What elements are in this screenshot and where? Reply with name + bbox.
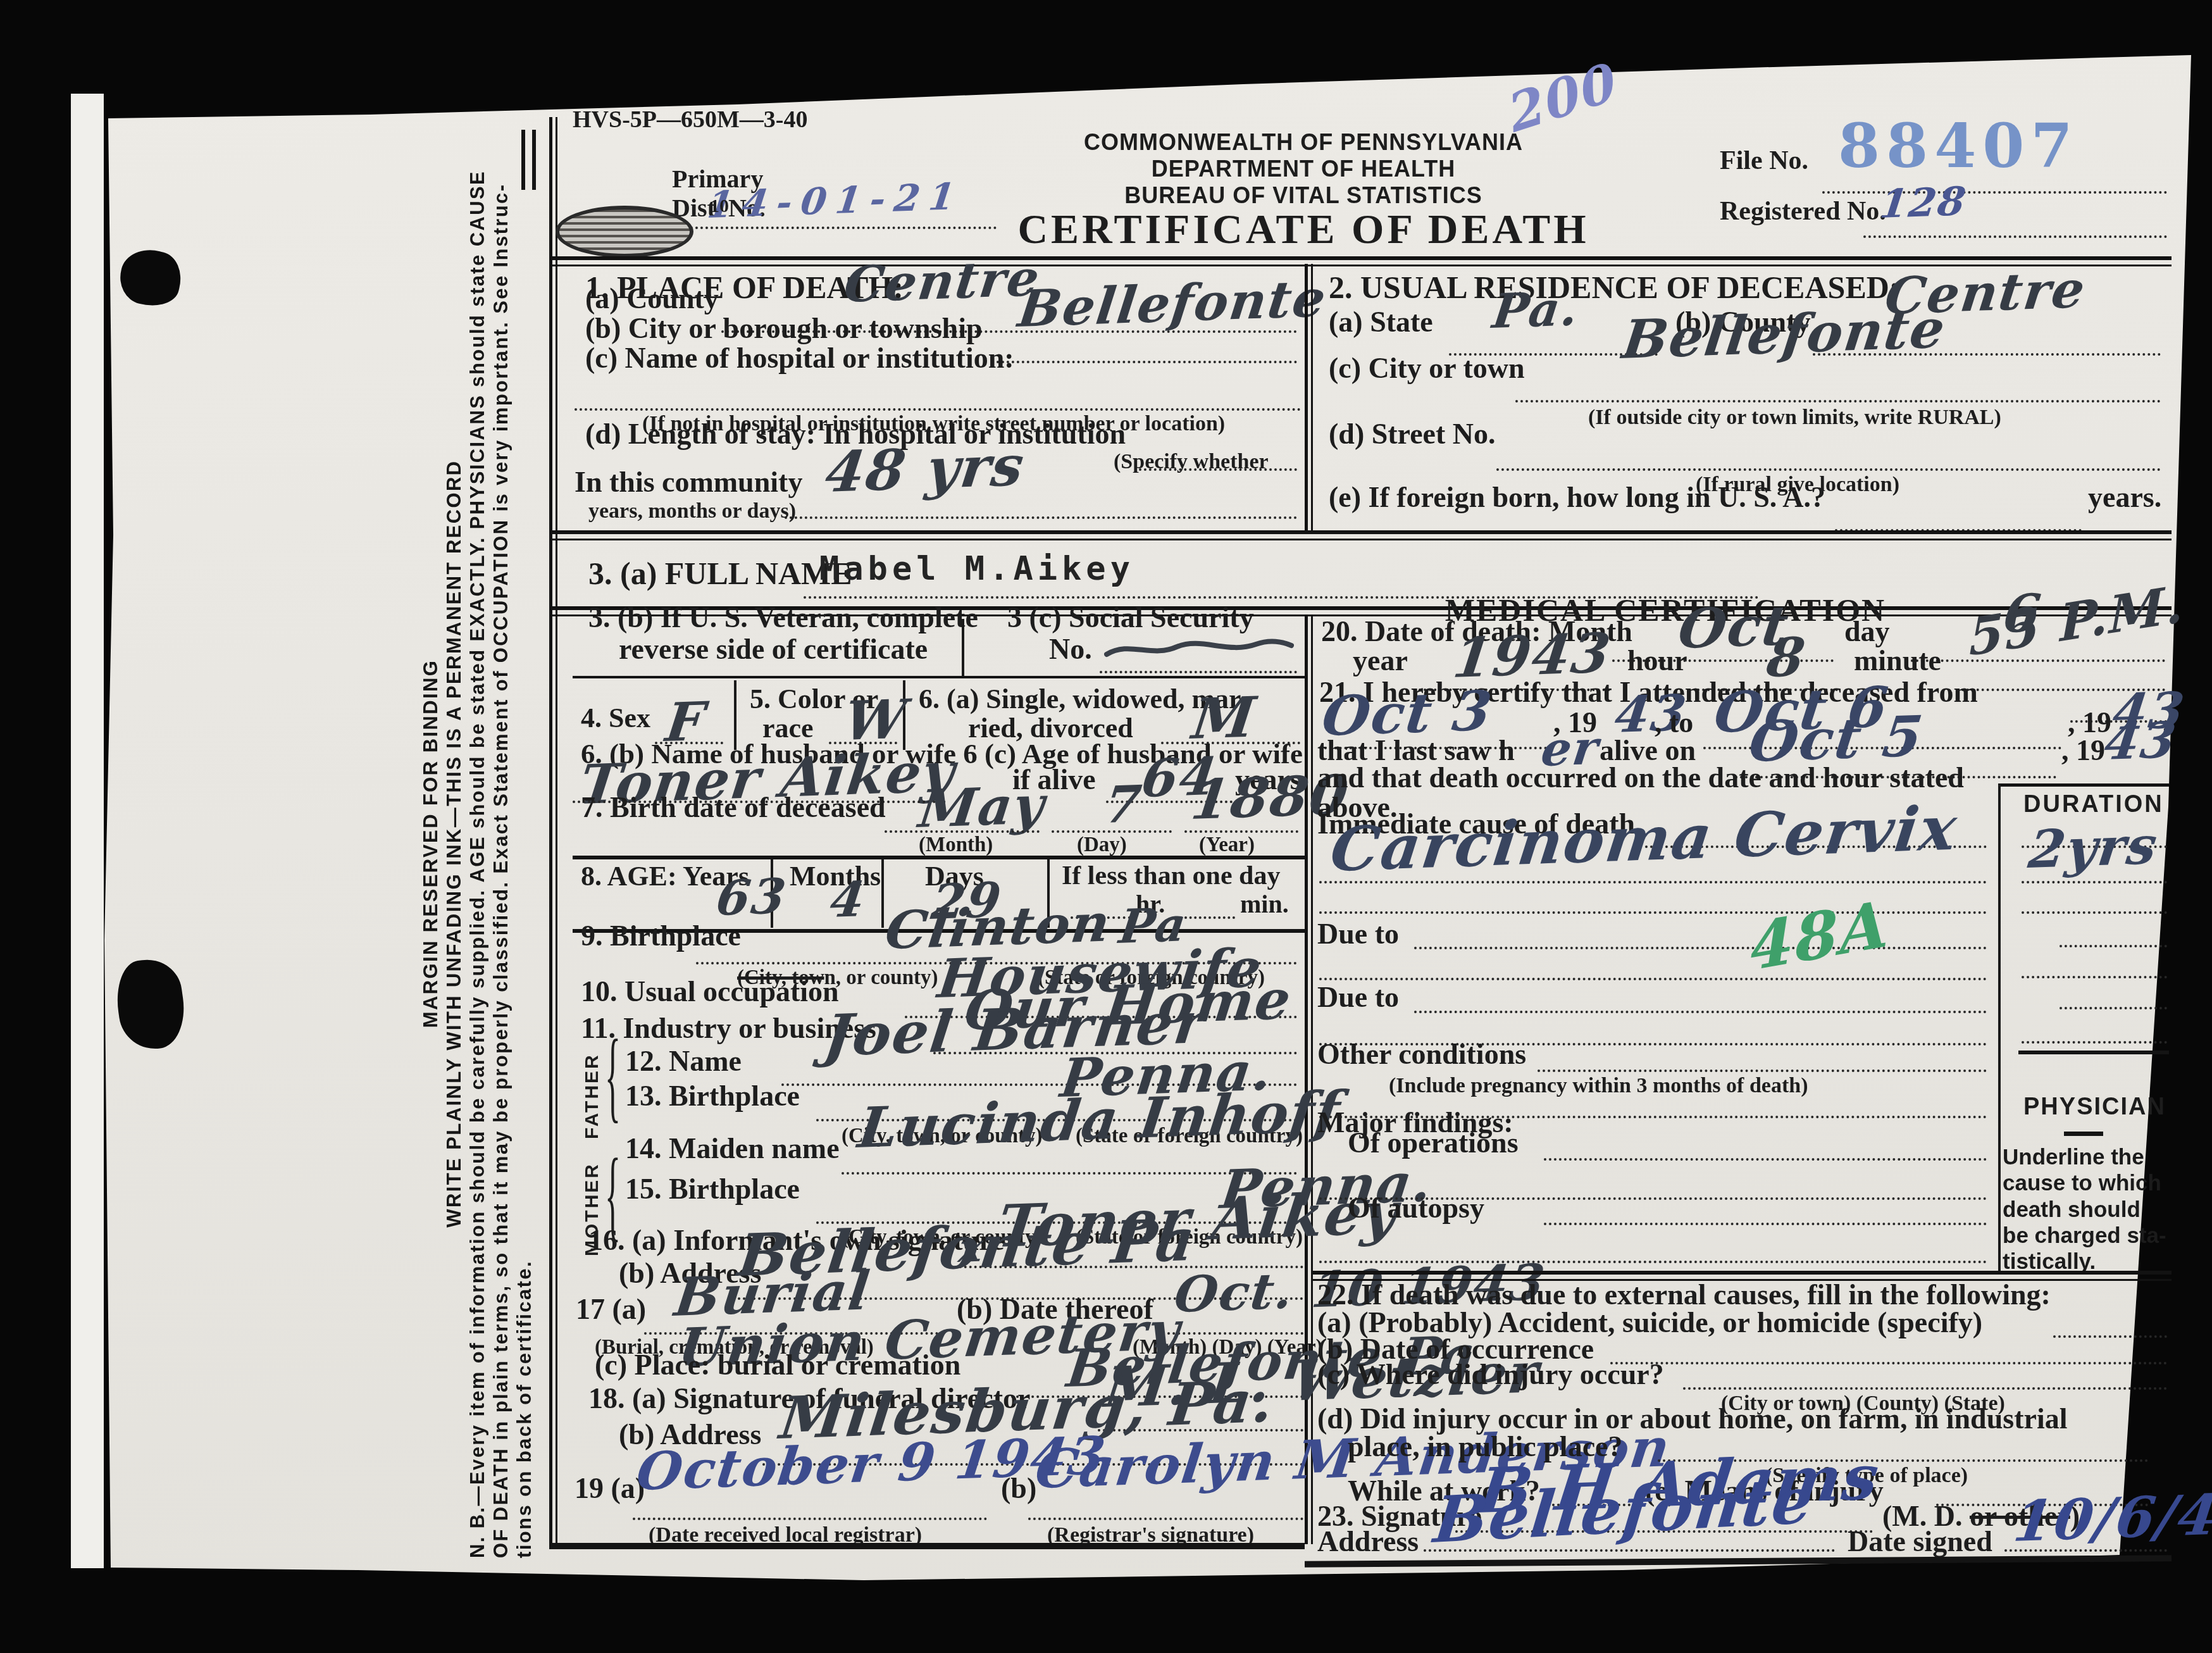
pod-community-value: 48 yrs bbox=[823, 437, 1028, 500]
margin-line: OF DEATH in plain terms, so that it may … bbox=[489, 129, 513, 1558]
res-state-label: (a) State bbox=[1329, 307, 1433, 337]
rule bbox=[1822, 191, 2167, 194]
file-no-value: 88407 bbox=[1838, 115, 2079, 178]
rule bbox=[1683, 1387, 2167, 1390]
column-divider bbox=[1305, 264, 1313, 530]
birthplace-label: 9. Birthplace bbox=[581, 921, 741, 951]
birthdate-day: 7 bbox=[1102, 778, 1145, 830]
pod-city-label: (b) City or borough or township bbox=[585, 313, 983, 344]
rule bbox=[1496, 468, 2161, 471]
row-rule bbox=[573, 676, 1305, 678]
autopsy-label: Of autopsy bbox=[1348, 1193, 1484, 1223]
stamp-number: 10 bbox=[710, 196, 729, 216]
sex-label: 4. Sex bbox=[581, 704, 650, 733]
duration-left-border bbox=[1998, 783, 2001, 1271]
page-edge-sliver bbox=[71, 94, 104, 1568]
due-to-label: Due to bbox=[1317, 982, 1399, 1013]
saw-year-value: 43 bbox=[2102, 716, 2180, 768]
other-conditions-label: Other conditions bbox=[1317, 1039, 1526, 1070]
year-label: year bbox=[1353, 646, 1408, 676]
rule bbox=[1414, 947, 1987, 949]
pod-county-value: Centre bbox=[842, 254, 1043, 310]
rule bbox=[1424, 1549, 1835, 1552]
duration-top-rule bbox=[1998, 783, 2169, 787]
margin-line: N. B.—Every item of information should b… bbox=[466, 129, 489, 1558]
rule bbox=[2053, 1335, 2167, 1338]
rule bbox=[785, 516, 1297, 519]
rule bbox=[1028, 1518, 1303, 1520]
physician-dash bbox=[2064, 1132, 2103, 1136]
pod-city-value: Bellefonte bbox=[1016, 273, 1329, 334]
cell-divider bbox=[962, 619, 964, 676]
mother-bp-label: 15. Birthplace bbox=[625, 1174, 800, 1204]
father-brace: { bbox=[605, 1025, 621, 1132]
rule bbox=[680, 227, 997, 229]
mother-name-value: Lucinda Inhoff bbox=[855, 1083, 1344, 1156]
section-rule bbox=[549, 530, 2172, 540]
father-name-label: 12. Name bbox=[625, 1046, 742, 1076]
rule bbox=[1544, 1158, 1987, 1161]
rule bbox=[1184, 830, 1298, 833]
full-name-value: Mabel M.Aikey bbox=[819, 552, 1134, 587]
hour-label: hour bbox=[1627, 646, 1687, 676]
date-signed-label: Date signed bbox=[1848, 1526, 1992, 1557]
scanned-death-certificate: MARGIN RESERVED FOR BINDING WRITE PLAINL… bbox=[0, 0, 2212, 1653]
operations-label: Of operations bbox=[1348, 1128, 1519, 1158]
rule bbox=[1184, 916, 1235, 919]
rule bbox=[1319, 978, 1987, 980]
margin-line: MARGIN RESERVED FOR BINDING bbox=[419, 129, 442, 1558]
margin-line: WRITE PLAINLY WITH UNFADING INK—THIS IS … bbox=[442, 129, 466, 1558]
res-heading: 2. USUAL RESIDENCE OF DECEASED: bbox=[1329, 271, 1900, 304]
card-left-border bbox=[549, 117, 557, 1546]
duration-bottom-rule bbox=[2018, 1051, 2169, 1054]
registered-no-label: Registered No. bbox=[1720, 197, 1886, 225]
min-label: min. bbox=[1240, 891, 1289, 918]
veteran-label2: reverse side of certificate bbox=[619, 634, 928, 664]
rule bbox=[1538, 1070, 1987, 1072]
birthdate-month: May bbox=[916, 779, 1048, 835]
hint-year: (Year) bbox=[1199, 834, 1255, 856]
full-name-label: 3. (a) FULL NAME bbox=[588, 557, 852, 590]
saw-date-value: Oct 5 bbox=[1746, 708, 1927, 770]
other-conditions-hint: (Include pregnancy within 3 months of de… bbox=[1389, 1075, 1808, 1097]
pod-community-label: In this community bbox=[575, 467, 802, 497]
mother-name-label: 14. Maiden name bbox=[625, 1133, 840, 1164]
rule bbox=[2022, 881, 2167, 883]
rule bbox=[885, 830, 1040, 833]
card-bottom-rule bbox=[549, 1543, 1305, 1549]
rule bbox=[2022, 976, 2167, 978]
file-no-label: File No. bbox=[1720, 147, 1808, 175]
rule bbox=[2060, 945, 2167, 947]
duration-label: DURATION bbox=[2023, 792, 2164, 818]
day-label: day bbox=[1844, 616, 1890, 647]
veteran-label: 3. (b) If U. S. Veteran, complete bbox=[588, 602, 978, 633]
rule bbox=[1610, 1362, 2167, 1364]
ssn-scribble bbox=[1104, 633, 1294, 663]
rule bbox=[633, 1518, 987, 1520]
res-state-value: Pa. bbox=[1490, 285, 1582, 335]
ssn-label: 3 (c) Social Security bbox=[1007, 602, 1254, 633]
res-street-label: (d) Street No. bbox=[1329, 419, 1496, 449]
pod-community-hint: years, months or days) bbox=[588, 500, 796, 523]
hint-day: (Day) bbox=[1077, 834, 1127, 856]
physician-label: PHYSICIAN bbox=[2023, 1095, 2166, 1120]
ext-c-label: (c) Where did injury occur? bbox=[1317, 1359, 1664, 1390]
row-rule bbox=[573, 856, 1305, 859]
cause-duration-value: 2yrs bbox=[2026, 820, 2161, 876]
rule bbox=[2022, 911, 2167, 914]
rule bbox=[2060, 1007, 2167, 1009]
rule bbox=[1414, 1011, 1987, 1013]
due-to-label: Due to bbox=[1317, 919, 1399, 949]
father-bp-label: 13. Birthplace bbox=[625, 1081, 800, 1111]
rule bbox=[575, 408, 1301, 411]
res-city-label: (c) City or town bbox=[1329, 353, 1525, 384]
addr-label: Address bbox=[1317, 1526, 1419, 1557]
rule bbox=[997, 361, 1297, 363]
age-years-value: 63 bbox=[714, 872, 790, 923]
rule bbox=[1515, 400, 2161, 402]
org-line: DEPARTMENT OF HEALTH bbox=[987, 157, 1620, 181]
dist-no-value: 14-01-21 bbox=[705, 178, 966, 223]
pod-county-label: (a) County bbox=[585, 284, 719, 314]
physician-note: Underline the cause to which death shoul… bbox=[2003, 1144, 2168, 1275]
res-city-hint: (If outside city or town limits, write R… bbox=[1588, 406, 2001, 429]
res-city-value: Bellefonte bbox=[1620, 302, 1949, 366]
certificate-title: CERTIFICATE OF DEATH bbox=[987, 208, 1620, 251]
age-months-value: 4 bbox=[828, 875, 869, 925]
disposal-label: 17 (a) bbox=[576, 1294, 646, 1325]
less-one-day-label: If less than one day bbox=[1062, 862, 1280, 890]
pod-hospital-label: (c) Name of hospital or institution: bbox=[585, 343, 1014, 373]
cell-divider bbox=[881, 859, 884, 928]
rule bbox=[1906, 659, 2165, 662]
res-foreign-suffix: years. bbox=[2088, 482, 2161, 513]
rule bbox=[1319, 1261, 1987, 1263]
res-foreign-label: (e) If foreign born, how long in U. S. A… bbox=[1329, 482, 1825, 513]
minute-label: minute bbox=[1854, 646, 1941, 676]
rule bbox=[1544, 1223, 1987, 1225]
occurred-label1: and that death occurred on the date and … bbox=[1317, 763, 1964, 793]
father-side-label: FATHER bbox=[582, 1013, 602, 1139]
hint-rest: n, or county) bbox=[824, 966, 938, 989]
birthdate-label: 7. Birth date of deceased bbox=[581, 792, 886, 823]
rule bbox=[1319, 881, 1987, 883]
rule bbox=[1863, 235, 2167, 238]
physician-address: Bellefonte bbox=[1431, 1468, 1817, 1552]
margin-line: tions on back of certificate. bbox=[513, 129, 536, 1558]
pod-specify-hint: (Specify whether bbox=[1114, 451, 1269, 473]
ssn-no-label: No. bbox=[1049, 634, 1092, 664]
hint-month: (Month) bbox=[919, 834, 993, 856]
org-line: BUREAU OF VITAL STATISTICS bbox=[987, 184, 1620, 208]
pre19-label: , 19 bbox=[2061, 735, 2105, 766]
form-code: HVS-5P—650M—3-40 bbox=[573, 108, 808, 133]
rule bbox=[2022, 1041, 2167, 1044]
occupation-label: 10. Usual occupation bbox=[581, 976, 839, 1007]
burial-place-label: (c) Place: burial or cremation bbox=[595, 1350, 960, 1380]
rule bbox=[1052, 830, 1172, 833]
printer-union-stamp bbox=[556, 206, 693, 258]
rule bbox=[2004, 1549, 2167, 1552]
registrar-b-label: (b) bbox=[1001, 1473, 1036, 1504]
registered-no-value: 128 bbox=[1878, 182, 1969, 224]
date-signed-value: 10/6/43 bbox=[2011, 1485, 2212, 1549]
rule bbox=[1100, 671, 1297, 673]
binding-margin-note: MARGIN RESERVED FOR BINDING WRITE PLAINL… bbox=[419, 129, 539, 1558]
